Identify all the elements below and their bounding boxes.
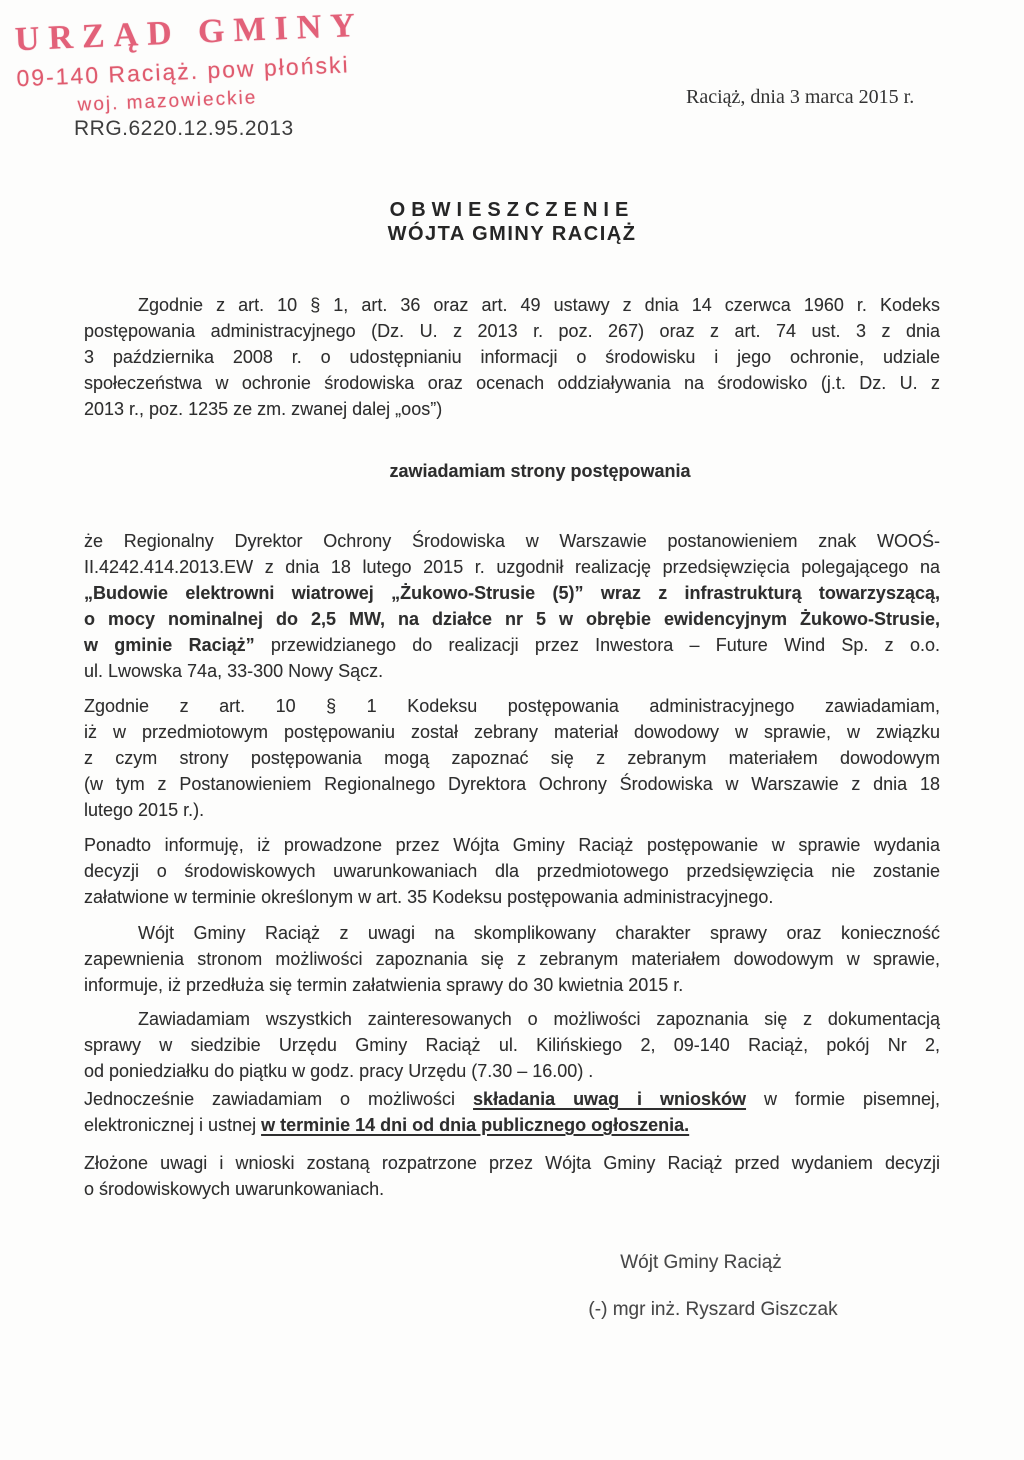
document-title: OBWIESZCZENIE	[0, 198, 1024, 222]
paragraph-deadline-extension: Wójt Gminy Raciąż z uwagi na skomplikowa…	[84, 920, 940, 998]
text-line: iż w przedmiotowym postępowaniu został z…	[84, 719, 940, 745]
text-line: informuje, iż przedłuża się termin załat…	[84, 972, 940, 998]
text-line: lutego 2015 r.).	[84, 797, 940, 823]
text-line: sprawy w siedzibie Urzędu Gminy Raciąż u…	[84, 1032, 940, 1058]
text-line: od poniedziałku do piątku w godz. pracy …	[84, 1058, 940, 1084]
text-line: załatwione w terminie określonym w art. …	[84, 884, 940, 910]
paragraph-legal-basis: Zgodnie z art. 10 § 1, art. 36 oraz art.…	[84, 292, 940, 422]
text-line: Zgodnie z art. 10 § 1, art. 36 oraz art.…	[84, 292, 940, 318]
paragraph-documentation-access: Zawiadamiam wszystkich zainteresowanych …	[84, 1006, 940, 1084]
text-line: elektronicznej i ustnej w terminie 14 dn…	[84, 1112, 940, 1138]
paragraph-rdos-decision: że Regionalny Dyrektor Ochrony Środowisk…	[84, 528, 940, 684]
text-line: 3 października 2008 r. o udostępnianiu i…	[84, 344, 940, 370]
text-line: Zawiadamiam wszystkich zainteresowanych …	[84, 1006, 940, 1032]
heading-notification: zawiadamiam strony postępowania	[84, 458, 940, 484]
text-line: o środowiskowych uwarunkowaniach.	[84, 1176, 940, 1202]
text-line: decyzji o środowiskowych uwarunkowaniach…	[84, 858, 940, 884]
paragraph-comments-submission: Jednocześnie zawiadamiam o możliwości sk…	[84, 1086, 940, 1138]
signature-title: Wójt Gminy Raciąż	[620, 1252, 782, 1274]
text-line: że Regionalny Dyrektor Ochrony Środowisk…	[84, 528, 940, 554]
text-line: społeczeństwa w ochronie środowiska oraz…	[84, 370, 940, 396]
text-line: postępowania administracyjnego (Dz. U. z…	[84, 318, 940, 344]
document-subtitle: WÓJTA GMINY RACIĄŻ	[0, 222, 1024, 246]
text-line: ul. Lwowska 74a, 33-300 Nowy Sącz.	[84, 658, 940, 684]
case-reference-number: RRG.6220.12.95.2013	[74, 117, 294, 141]
text-line: (w tym z Postanowieniem Regionalnego Dyr…	[84, 771, 940, 797]
paragraph-evidence-material: Zgodnie z art. 10 § 1 Kodeksu postępowan…	[84, 693, 940, 823]
title-block: OBWIESZCZENIE WÓJTA GMINY RACIĄŻ	[0, 198, 1024, 246]
stamp-office-name: URZĄD GMINY	[14, 7, 365, 60]
signature-name: (-) mgr inż. Ryszard Giszczak	[588, 1299, 837, 1321]
text-line: w gminie Raciąż” przewidzianego do reali…	[84, 632, 940, 658]
text-line: Wójt Gminy Raciąż z uwagi na skomplikowa…	[84, 920, 940, 946]
text-line: Złożone uwagi i wnioski zostaną rozpatrz…	[84, 1150, 940, 1176]
office-stamp: URZĄD GMINY 09-140 Raciąż. pow płoński w…	[14, 7, 367, 120]
document-body: Zgodnie z art. 10 § 1, art. 36 oraz art.…	[84, 292, 940, 1212]
text-line: z czym strony postępowania mogą zapoznać…	[84, 745, 940, 771]
text-line: II.4242.414.2013.EW z dnia 18 lutego 201…	[84, 554, 940, 580]
place-and-date: Raciąż, dnia 3 marca 2015 r.	[686, 86, 914, 109]
text-line: „Budowie elektrowni wiatrowej „Żukowo-St…	[84, 580, 940, 606]
text-line: zapewnienia stronom możliwości zapoznani…	[84, 946, 940, 972]
text-line: o mocy nominalnej do 2,5 MW, na działce …	[84, 606, 940, 632]
paragraph-deadline-not-met: Ponadto informuję, iż prowadzone przez W…	[84, 832, 940, 910]
text-line: 2013 r., poz. 1235 ze zm. zwanej dalej „…	[84, 396, 940, 422]
document-page: URZĄD GMINY 09-140 Raciąż. pow płoński w…	[0, 0, 1024, 1460]
text-line: Ponadto informuję, iż prowadzone przez W…	[84, 832, 940, 858]
paragraph-comments-review: Złożone uwagi i wnioski zostaną rozpatrz…	[84, 1150, 940, 1202]
text-line: Jednocześnie zawiadamiam o możliwości sk…	[84, 1086, 940, 1112]
text-line: Zgodnie z art. 10 § 1 Kodeksu postępowan…	[84, 693, 940, 719]
